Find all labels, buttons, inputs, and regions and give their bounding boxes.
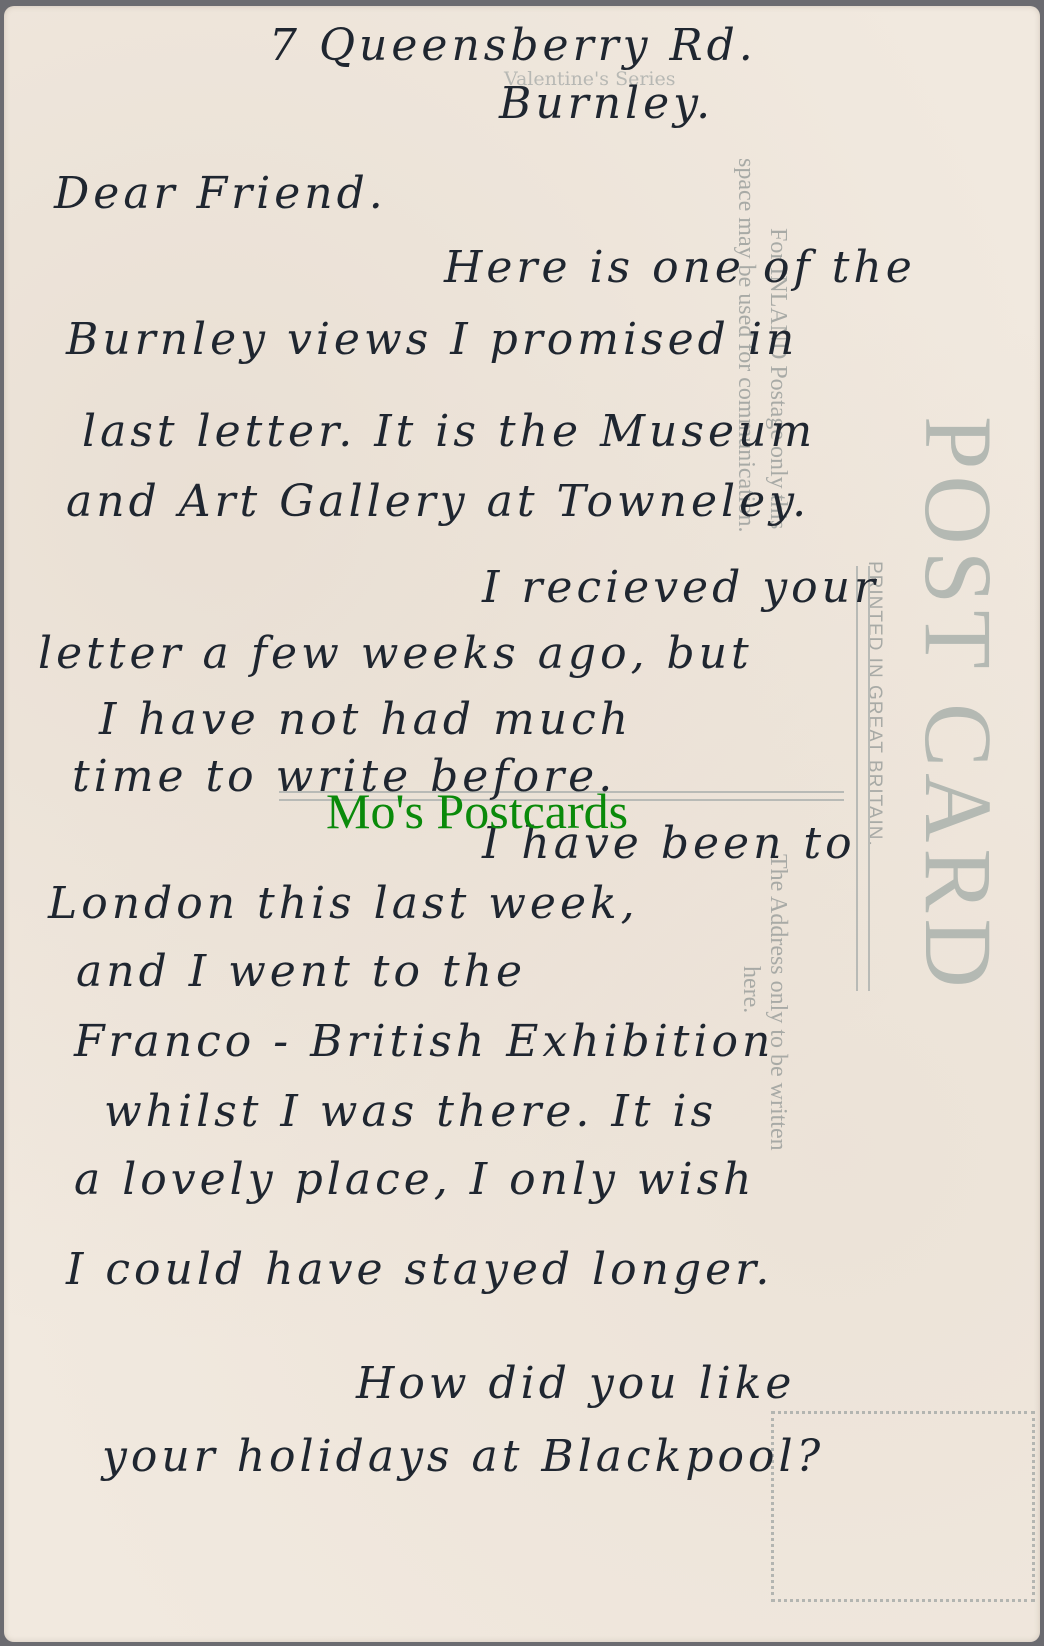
letter-line: Here is one of the (444, 242, 916, 293)
letter-line: Burnley views I promised in (66, 314, 798, 365)
sender-address-line1: 7 Queensberry Rd. (269, 20, 757, 71)
salutation: Dear Friend. (54, 168, 387, 219)
watermark-text: Mo's Postcards (326, 782, 628, 840)
letter-line: last letter. It is the Museum (82, 406, 816, 457)
address-notice-line1: The Address only to be written (764, 854, 791, 1151)
letter-line: letter a few weeks ago, but (38, 628, 753, 679)
letter-line: I recieved your (482, 562, 879, 613)
letter-line: and Art Gallery at Towneley. (66, 476, 810, 527)
letter-line: whilst I was there. It is (104, 1086, 717, 1137)
sender-address-line2: Burnley. (499, 78, 714, 129)
letter-line: I have not had much (99, 694, 632, 745)
letter-line: Franco - British Exhibition (74, 1016, 774, 1067)
address-notice-line2: here. (737, 966, 764, 1013)
letter-line: your holidays at Blackpool? (102, 1431, 824, 1482)
post-card-title: POST CARD (903, 416, 1014, 994)
letter-line: How did you like (356, 1358, 795, 1409)
letter-line: and I went to the (76, 946, 526, 997)
letter-line: I could have stayed longer. (66, 1244, 773, 1295)
postcard-back: Valentine's Series space may be used for… (4, 6, 1040, 1642)
letter-line: a lovely place, I only wish (74, 1154, 755, 1205)
letter-line: London this last week, (48, 878, 639, 929)
center-divider-line (856, 566, 870, 991)
